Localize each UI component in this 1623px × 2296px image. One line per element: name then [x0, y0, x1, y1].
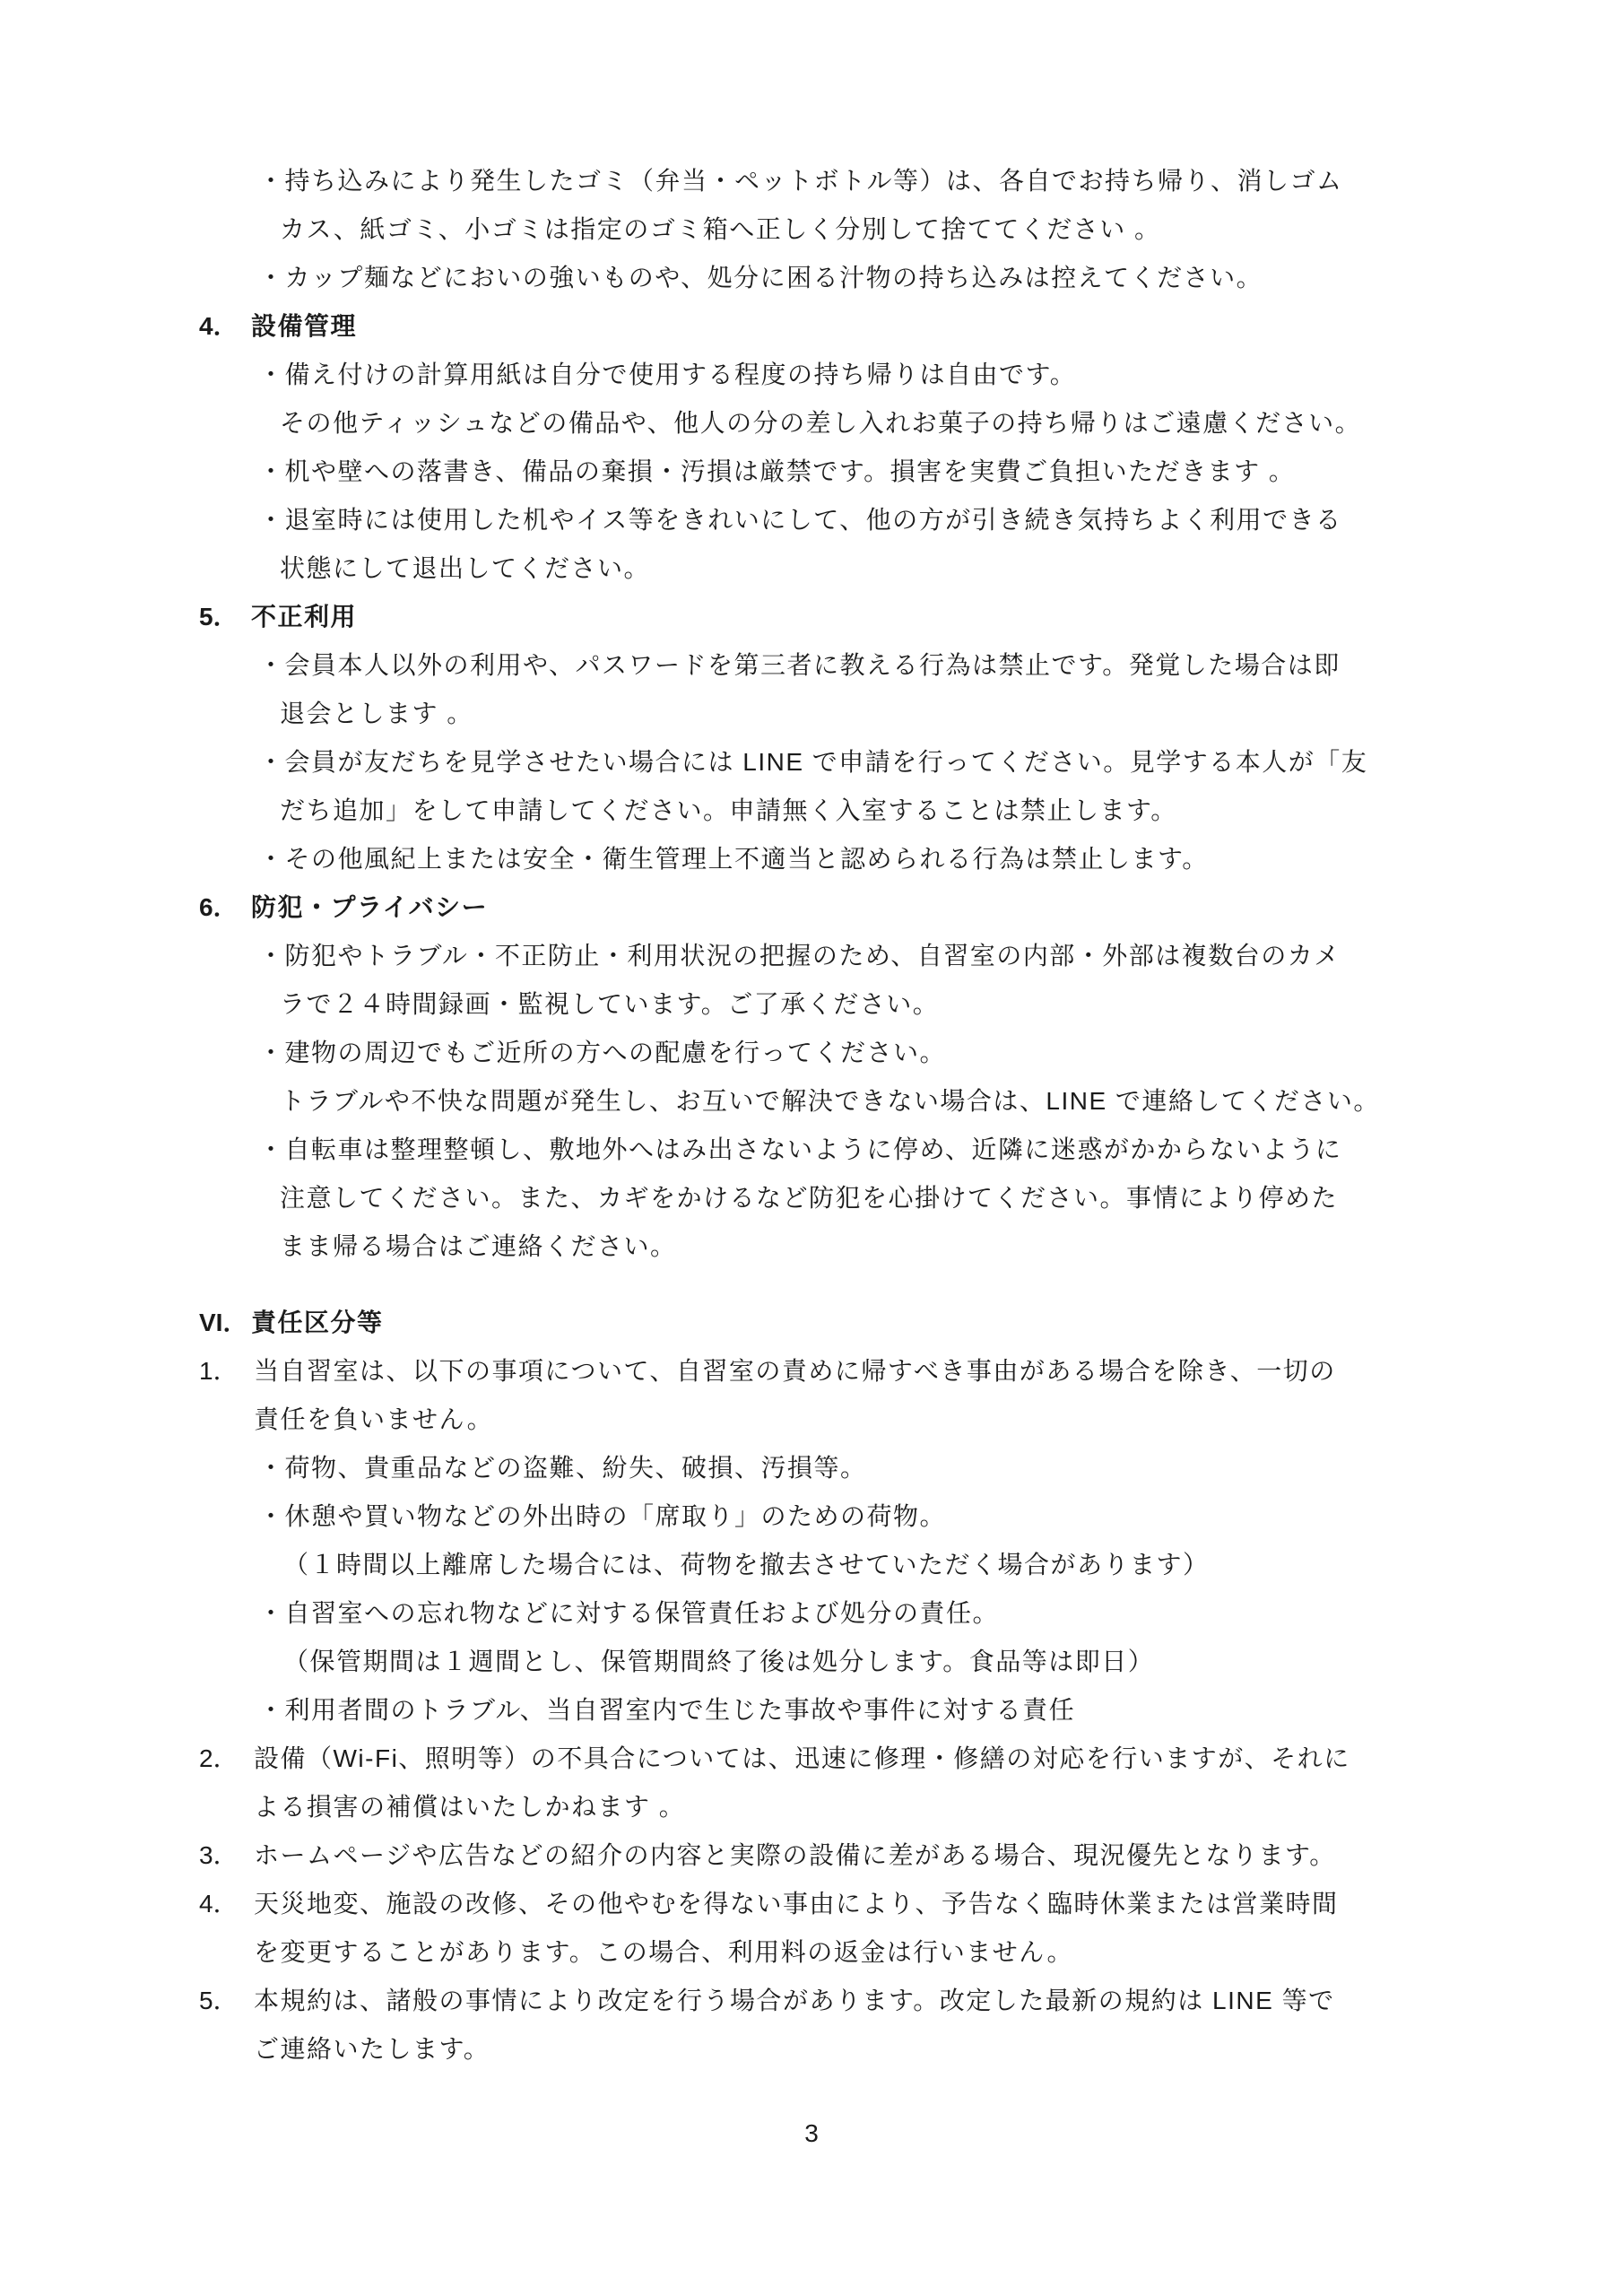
section-header: 6．防犯・プライバシー — [0, 883, 1623, 932]
doc-line: を変更することがあります。この場合、利用料の返金は行いません。 — [0, 1928, 1623, 1977]
doc-line: トラブルや不快な問題が発生し、お互いで解決できない場合は、LINE で連絡してく… — [0, 1077, 1623, 1126]
doc-line: まま帰る場合はご連絡ください。 — [0, 1222, 1623, 1271]
item-text: 設備（Wi-Fi、照明等）の不具合については、迅速に修理・修繕の対応を行いますが… — [254, 1744, 1350, 1772]
document-page: ・持ち込みにより発生したゴミ（弁当・ペットボトル等）は、各自でお持ち帰り、消しゴ… — [0, 0, 1623, 2296]
document-body: ・持ち込みにより発生したゴミ（弁当・ペットボトル等）は、各自でお持ち帰り、消しゴ… — [0, 157, 1623, 2074]
doc-line: ・荷物、貴重品などの盗難、紛失、破損、汚損等。 — [0, 1444, 1623, 1492]
doc-line: カス、紙ゴミ、小ゴミは指定のゴミ箱へ正しく分別して捨ててください 。 — [0, 205, 1623, 254]
numbered-item: 1．当自習室は、以下の事項について、自習室の責めに帰すべき事由がある場合を除き、… — [0, 1347, 1623, 1396]
numbered-item: 3．ホームページや広告などの紹介の内容と実際の設備に差がある場合、現況優先となり… — [0, 1831, 1623, 1880]
doc-line: ・机や壁への落書き、備品の棄損・汚損は厳禁です。損害を実費ご負担いただきます 。 — [0, 448, 1623, 496]
section-header: 4．設備管理 — [0, 302, 1623, 351]
page-number: 3 — [0, 2109, 1623, 2158]
doc-line: ・休憩や買い物などの外出時の「席取り」のための荷物。 — [0, 1492, 1623, 1541]
doc-line: ・備え付けの計算用紙は自分で使用する程度の持ち帰りは自由です。 — [0, 351, 1623, 399]
item-text: 当自習室は、以下の事項について、自習室の責めに帰すべき事由がある場合を除き、一切… — [254, 1357, 1336, 1385]
doc-line: ・退室時には使用した机やイス等をきれいにして、他の方が引き続き気持ちよく利用でき… — [0, 496, 1623, 544]
doc-line: ラで２４時間録画・監視しています。ご了承ください。 — [0, 980, 1623, 1029]
doc-line: ・防犯やトラブル・不正防止・利用状況の把握のため、自習室の内部・外部は複数台のカ… — [0, 932, 1623, 980]
doc-line: ・会員本人以外の利用や、パスワードを第三者に教える行為は禁止です。発覚した場合は… — [0, 641, 1623, 690]
doc-line: ・建物の周辺でもご近所の方への配慮を行ってください。 — [0, 1029, 1623, 1077]
section-gap — [0, 1271, 1623, 1299]
section-title: 責任区分等 — [251, 1309, 384, 1336]
doc-line: ・カップ麺などにおいの強いものや、処分に困る汁物の持ち込みは控えてください。 — [0, 254, 1623, 302]
item-number: 4． — [199, 1880, 254, 1928]
doc-line: ご連絡いたします。 — [0, 2025, 1623, 2074]
doc-line: 退会とします 。 — [0, 690, 1623, 738]
item-number: 5． — [199, 1977, 254, 2025]
item-number: 5． — [199, 593, 251, 641]
doc-line: ・自習室への忘れ物などに対する保管責任および処分の責任。 — [0, 1589, 1623, 1638]
item-text: ホームページや広告などの紹介の内容と実際の設備に差がある場合、現況優先となります… — [254, 1841, 1336, 1869]
section-title: 不正利用 — [251, 603, 357, 631]
item-number: 4． — [199, 302, 251, 351]
doc-line: 注意してください。また、カギをかけるなど防犯を心掛けてください。事情により停めた — [0, 1174, 1623, 1222]
section-title: 設備管理 — [251, 312, 357, 340]
doc-line: ・自転車は整理整頓し、敷地外へはみ出さないように停め、近隣に迷惑がかからないよう… — [0, 1126, 1623, 1174]
section-header: VI．責任区分等 — [0, 1299, 1623, 1347]
doc-line: 状態にして退出してください。 — [0, 544, 1623, 593]
doc-line: ・その他風紀上または安全・衛生管理上不適当と認められる行為は禁止します。 — [0, 835, 1623, 883]
item-number: 1． — [199, 1347, 254, 1396]
doc-line: だち追加」をして申請してください。申請無く入室することは禁止します。 — [0, 787, 1623, 835]
doc-line: ・持ち込みにより発生したゴミ（弁当・ペットボトル等）は、各自でお持ち帰り、消しゴ… — [0, 157, 1623, 205]
doc-line: ・利用者間のトラブル、当自習室内で生じた事故や事件に対する責任 — [0, 1686, 1623, 1735]
doc-line: （１時間以上離席した場合には、荷物を撤去させていただく場合があります） — [0, 1541, 1623, 1589]
item-number: VI． — [199, 1299, 251, 1347]
numbered-item: 4．天災地変、施設の改修、その他やむを得ない事由により、予告なく臨時休業または営… — [0, 1880, 1623, 1928]
item-number: 3． — [199, 1831, 254, 1880]
item-number: 2． — [199, 1735, 254, 1783]
doc-line: その他ティッシュなどの備品や、他人の分の差し入れお菓子の持ち帰りはご遠慮ください… — [0, 399, 1623, 448]
section-title: 防犯・プライバシー — [251, 893, 488, 921]
item-text: 本規約は、諸般の事情により改定を行う場合があります。改定した最新の規約は LIN… — [254, 1987, 1335, 2014]
numbered-item: 5．本規約は、諸般の事情により改定を行う場合があります。改定した最新の規約は L… — [0, 1977, 1623, 2025]
numbered-item: 2．設備（Wi-Fi、照明等）の不具合については、迅速に修理・修繕の対応を行いま… — [0, 1735, 1623, 1783]
doc-line: （保管期間は１週間とし、保管期間終了後は処分します。食品等は即日） — [0, 1638, 1623, 1686]
doc-line: よる損害の補償はいたしかねます 。 — [0, 1783, 1623, 1831]
item-text: 天災地変、施設の改修、その他やむを得ない事由により、予告なく臨時休業または営業時… — [254, 1890, 1339, 1918]
doc-line: 責任を負いません。 — [0, 1396, 1623, 1444]
section-header: 5．不正利用 — [0, 593, 1623, 641]
doc-line: ・会員が友だちを見学させたい場合には LINE で申請を行ってください。見学する… — [0, 738, 1623, 787]
item-number: 6． — [199, 883, 251, 932]
